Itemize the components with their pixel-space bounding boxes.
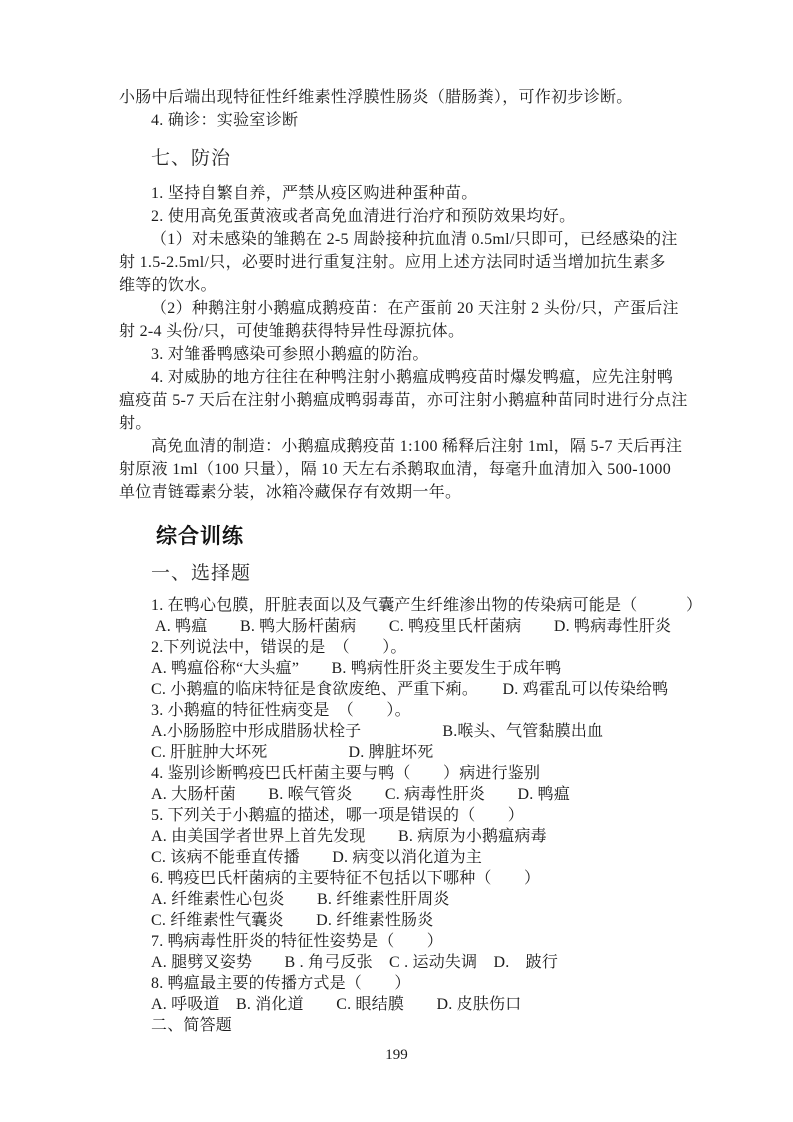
option-line: A. 大肠杆菌 B. 喉气管炎 C. 病毒性肝炎 D. 鸭瘟 [119, 784, 697, 805]
paragraph-line: （2）种鹅注射小鹅瘟成鹅疫苗：在产蛋前 20 天注射 2 头份/只，产蛋后注 [119, 297, 697, 320]
option-line: A. 鸭瘟俗称“大头瘟” B. 鸭病性肝炎主要发生于成年鸭 [119, 658, 697, 679]
question-line: 6. 鸭疫巴氏杆菌病的主要特征不包括以下哪种（ ） [119, 868, 697, 889]
paragraph-line: 射 2-4 头份/只，可使雏鹅获得特异性母源抗体。 [119, 320, 697, 343]
question-line: 8. 鸭瘟最主要的传播方式是（ ） [119, 973, 697, 994]
option-line: C. 该病不能垂直传播 D. 病变以消化道为主 [119, 847, 697, 868]
paragraph-line: 1. 坚持自繁自养，严禁从疫区购进种蛋种苗。 [119, 182, 697, 205]
intro-line: 4. 确诊：实验室诊断 [119, 109, 697, 132]
question-line: 3. 小鹅瘟的特征性病变是 （ ）。 [119, 700, 697, 721]
option-line: A. 呼吸道 B. 消化道 C. 眼结膜 D. 皮肤伤口 [119, 994, 697, 1015]
question-line: 1. 在鸭心包膜，肝脏表面以及气囊产生纤维渗出物的传染病可能是（ ） [119, 595, 697, 616]
short-answer-heading: 二、简答题 [119, 1015, 697, 1036]
question-line: 7. 鸭病毒性肝炎的特征性姿势是（ ） [119, 931, 697, 952]
document-page: 小肠中后端出现特征性纤维素性浮膜性肠炎（腊肠粪），可作初步诊断。 4. 确诊：实… [0, 0, 793, 1122]
option-line: C. 小鹅瘟的临床特征是食欲废绝、严重下痢。 D. 鸡霍乱可以传染给鸭 [119, 679, 697, 700]
paragraph-line: 瘟疫苗 5-7 天后在注射小鹅瘟成鸭弱毒苗，亦可注射小鹅瘟种苗同时进行分点注 [119, 389, 697, 412]
paragraph-line: 维等的饮水。 [119, 274, 697, 297]
option-line: C. 肝脏肿大坏死 D. 脾脏坏死 [119, 742, 697, 763]
option-line: A. 腿劈叉姿势 B . 角弓反张 C . 运动失调 D. 跛行 [119, 952, 697, 973]
option-line: A. 纤维素性心包炎 B. 纤维素性肝周炎 [119, 889, 697, 910]
paragraph-line: 4. 对威胁的地方往往在种鸭注射小鹅瘟成鸭疫苗时爆发鸭瘟，应先注射鸭 [119, 366, 697, 389]
paragraph-line: 射。 [119, 412, 697, 435]
option-line: A. 鸭瘟 B. 鸭大肠杆菌病 C. 鸭疫里氏杆菌病 D. 鸭病毒性肝炎 [119, 616, 697, 637]
question-line: 5. 下列关于小鹅瘟的描述，哪一项是错误的（ ） [119, 805, 697, 826]
section-heading-prevention: 七、防治 [151, 147, 697, 171]
question-line: 2.下列说法中，错误的是 （ ）。 [119, 637, 697, 658]
intro-line: 小肠中后端出现特征性纤维素性浮膜性肠炎（腊肠粪），可作初步诊断。 [119, 86, 697, 109]
paragraph-line: 3. 对雏番鸭感染可参照小鹅瘟的防治。 [119, 343, 697, 366]
option-line: A. 由美国学者世界上首先发现 B. 病原为小鹅瘟病毒 [119, 826, 697, 847]
choice-section-heading: 一、选择题 [151, 562, 697, 586]
paragraph-line: 单位青链霉素分装，冰箱冷藏保存有效期一年。 [119, 481, 697, 504]
paragraph-line: 射原液 1ml（100 只量），隔 10 天左右杀鹅取血清，每毫升血清加入 50… [119, 458, 697, 481]
paragraph-line: 射 1.5-2.5ml/只，必要时进行重复注射。应用上述方法同时适当增加抗生素多 [119, 251, 697, 274]
option-line: A.小肠肠腔中形成腊肠状栓子 B.喉头、气管黏膜出血 [119, 721, 697, 742]
page-number: 199 [0, 1047, 793, 1064]
training-heading: 综合训练 [156, 523, 697, 549]
paragraph-line: 2. 使用高免蛋黄液或者高免血清进行治疗和预防效果均好。 [119, 205, 697, 228]
question-line: 4. 鉴别诊断鸭疫巴氏杆菌主要与鸭（ ）病进行鉴别 [119, 763, 697, 784]
option-line: C. 纤维素性气囊炎 D. 纤维素性肠炎 [119, 910, 697, 931]
paragraph-line: 高免血清的制造：小鹅瘟成鹅疫苗 1:100 稀释后注射 1ml，隔 5-7 天后… [119, 435, 697, 458]
paragraph-line: （1）对未感染的雏鹅在 2-5 周龄接种抗血清 0.5ml/只即可，已经感染的注 [119, 228, 697, 251]
